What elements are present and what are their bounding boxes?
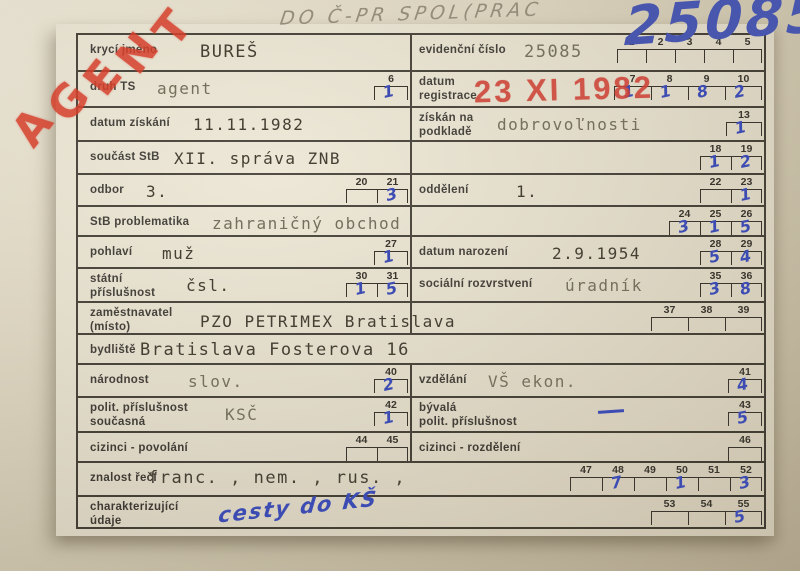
- code-box: 285: [700, 238, 731, 265]
- code-box-13: 131: [726, 109, 762, 136]
- bydliste-value: Bratislava Fosterova 16: [140, 340, 410, 360]
- code-box: 192: [731, 143, 762, 170]
- code-box: 265: [731, 208, 762, 235]
- code-boxes-18-19: 181192: [700, 143, 762, 170]
- row-druh-ts: druh TS agent 61 datumregistrace 23 XI 1…: [78, 72, 764, 108]
- code-box: 22: [700, 176, 731, 203]
- code-box: 231: [731, 176, 762, 203]
- ziskan-na-podklade-value: dobrovoľnosti: [497, 115, 642, 134]
- oddeleni-label: oddělení: [419, 184, 469, 198]
- scanned-registration-card: DO Č-PR SPOL(PRAC 25085 AGENT krycí jmén…: [0, 0, 800, 571]
- cell-codes-37-39: 373839: [410, 303, 764, 333]
- row-datum-ziskani: datum získání 11.11.1982 získán napodkla…: [78, 108, 764, 142]
- code-box: 54: [688, 498, 725, 525]
- code-boxes-53-55: 5354555: [651, 498, 762, 525]
- cell-byvala-polit-prislusnost: bývalápolit. příslušnost 435: [410, 398, 764, 431]
- row-prislusnost-rozvrstveni: státnípříslušnost čsl. 301315 sociální r…: [78, 269, 764, 303]
- evidencni-cislo-value: 25085: [524, 42, 583, 62]
- zamestnavatel-label: zaměstnavatel(místo): [90, 307, 173, 335]
- cell-datum-narozeni: datum narození 2.9.1954 285294: [410, 237, 764, 267]
- vzdelani-label: vzdělání: [419, 374, 467, 388]
- cell-pohlavi: pohlaví muž 271: [78, 237, 410, 267]
- cell-codes-18-19: 181192: [410, 142, 764, 173]
- code-boxes-47-52: 474874950151523: [570, 464, 762, 491]
- code-box: 49: [634, 464, 666, 491]
- code-box: 315: [377, 270, 408, 297]
- row-zamestnavatel: zaměstnavatel(místo) PZO PETRIMEX Bratis…: [78, 303, 764, 335]
- socialni-rozvrstveni-label: sociální rozvrstvení: [419, 278, 532, 292]
- soucast-stb-value: XII. správa ZNB: [174, 149, 341, 168]
- druh-ts-value: agent: [157, 79, 213, 98]
- code-box: 45: [377, 434, 408, 461]
- code-box: 51: [698, 464, 730, 491]
- cell-datum-registrace: datumregistrace 23 XI 1982 718198102: [410, 72, 764, 106]
- socialni-rozvrstveni-value: úradník: [565, 276, 643, 295]
- code-box-40: 402: [374, 366, 408, 393]
- code-box: 81: [651, 73, 688, 100]
- code-box: 47: [570, 464, 602, 491]
- cell-vzdelani: vzdělání VŠ ekon. 414: [410, 365, 764, 396]
- cell-codes-24-26: 243251265: [410, 207, 764, 235]
- cell-oddeleni: oddělení 1. 22231: [410, 175, 764, 205]
- datum-ziskani-value: 11.11.1982: [193, 115, 304, 134]
- code-box: 301: [346, 270, 377, 297]
- narodnost-value: slov.: [188, 372, 244, 391]
- cell-statni-prislusnost: státnípříslušnost čsl. 301315: [78, 269, 410, 301]
- soucast-stb-label: součást StB: [90, 151, 160, 165]
- code-box: 44: [346, 434, 377, 461]
- pohlavi-value: muž: [162, 244, 195, 263]
- code-box: 39: [725, 304, 762, 331]
- row-cizinci: cizinci - povolání 4445 cizinci - rozděl…: [78, 433, 764, 463]
- code-box: 102: [725, 73, 762, 100]
- code-boxes-28-29: 285294: [700, 238, 762, 265]
- code-box: 523: [730, 464, 762, 491]
- code-box: 421: [374, 399, 408, 426]
- cell-socialni-rozvrstveni: sociální rozvrstvení úradník 353368: [410, 269, 764, 301]
- code-boxes-35-36: 353368: [700, 270, 762, 297]
- code-box: 414: [728, 366, 762, 393]
- byvala-polit-prislusnost-dash: [598, 409, 624, 414]
- datum-narozeni-value: 2.9.1954: [552, 244, 641, 263]
- znalost-reci-value: franc. , nem. , rus. ,: [148, 468, 406, 488]
- row-znalost-reci: znalost řečí franc. , nem. , rus. , 4748…: [78, 463, 764, 497]
- row-charakterizujici-udaje: charakterizujícíúdaje cesty do KŠ 535455…: [78, 497, 764, 531]
- cell-stb-problematika: StB problematika zahraničný obchod: [78, 207, 410, 235]
- narodnost-label: národnost: [90, 374, 149, 388]
- registration-date-stamp: 23 XI 1982: [474, 70, 655, 111]
- code-box: 555: [725, 498, 762, 525]
- row-polit-prislusnost: polit. příslušnostsoučasná KSČ 421 býval…: [78, 398, 764, 433]
- kryci-jmeno-value: BUREŠ: [200, 42, 259, 62]
- code-box: 501: [666, 464, 698, 491]
- form-frame: krycí jméno BUREŠ evidenční číslo 25085 …: [76, 33, 766, 529]
- stb-problematika-label: StB problematika: [90, 216, 189, 230]
- polit-prislusnost-soucasna-value: KSČ: [225, 405, 258, 424]
- code-boxes-44-45: 4445: [346, 434, 408, 461]
- cell-narodnost: národnost slov. 402: [78, 365, 410, 396]
- byvala-polit-prislusnost-label: bývalápolit. příslušnost: [419, 402, 517, 430]
- bydliste-label: bydliště: [90, 344, 136, 358]
- znalost-reci-label: znalost řečí: [90, 472, 157, 486]
- datum-registrace-label: datumregistrace: [419, 76, 477, 104]
- code-box: 181: [700, 143, 731, 170]
- code-box-27: 271: [374, 238, 408, 265]
- code-boxes-22-23: 22231: [700, 176, 762, 203]
- vzdelani-value: VŠ ekon.: [488, 372, 577, 391]
- code-box: 20: [346, 176, 377, 203]
- statni-prislusnost-value: čsl.: [186, 276, 231, 295]
- statni-prislusnost-label: státnípříslušnost: [90, 273, 155, 301]
- code-box: 402: [374, 366, 408, 393]
- row-narodnost-vzdelani: národnost slov. 402 vzdělání VŠ ekon. 41…: [78, 365, 764, 398]
- evidencni-cislo-label: evidenční číslo: [419, 44, 506, 58]
- code-box-6: 61: [374, 73, 408, 100]
- ziskan-na-podklade-label: získán napodkladě: [419, 112, 473, 140]
- pohlavi-label: pohlaví: [90, 246, 132, 260]
- datum-narozeni-label: datum narození: [419, 246, 508, 260]
- zamestnavatel-value: PZO PETRIMEX Bratislava: [200, 312, 456, 331]
- code-box-42: 421: [374, 399, 408, 426]
- code-box: 37: [651, 304, 688, 331]
- code-box: 353: [700, 270, 731, 297]
- code-box: 294: [731, 238, 762, 265]
- polit-prislusnost-soucasna-label: polit. příslušnostsoučasná: [90, 402, 188, 430]
- code-box: 243: [669, 208, 700, 235]
- cizinci-povolani-label: cizinci - povolání: [90, 442, 188, 456]
- code-boxes-24-26: 243251265: [669, 208, 762, 235]
- code-box: 487: [602, 464, 634, 491]
- cizinci-rozdeleni-label: cizinci - rozdělení: [419, 442, 521, 456]
- code-box: 61: [374, 73, 408, 100]
- code-boxes-37-39: 373839: [651, 304, 762, 331]
- row-odbor-oddeleni: odbor 3. 20213 oddělení 1. 22231: [78, 175, 764, 207]
- code-box: 131: [726, 109, 762, 136]
- odbor-value: 3.: [146, 182, 168, 201]
- cell-cizinci-rozdeleni: cizinci - rozdělení 46: [410, 433, 764, 461]
- cell-ziskan-na-podklade: získán napodkladě dobrovoľnosti 131: [410, 108, 764, 140]
- cell-polit-prislusnost-soucasna: polit. příslušnostsoučasná KSČ 421: [78, 398, 410, 431]
- code-boxes-20-21: 20213: [346, 176, 408, 203]
- code-box: 435: [728, 399, 762, 426]
- code-box-43: 435: [728, 399, 762, 426]
- cell-soucast-stb: součást StB XII. správa ZNB: [78, 142, 410, 173]
- odbor-label: odbor: [90, 184, 124, 198]
- code-box: 368: [731, 270, 762, 297]
- card-paper: krycí jméno BUREŠ evidenční číslo 25085 …: [56, 24, 774, 536]
- cell-odbor: odbor 3. 20213: [78, 175, 410, 205]
- datum-ziskani-label: datum získání: [90, 117, 170, 131]
- row-pohlavi-narozeni: pohlaví muž 271 datum narození 2.9.1954 …: [78, 237, 764, 269]
- cell-cizinci-povolani: cizinci - povolání 4445: [78, 433, 410, 461]
- cell-datum-ziskani: datum získání 11.11.1982: [78, 108, 410, 140]
- row-bydliste: bydliště Bratislava Fosterova 16: [78, 335, 764, 365]
- code-box: 46: [728, 434, 762, 461]
- charakterizujici-udaje-label: charakterizujícíúdaje: [90, 501, 179, 529]
- code-box: 213: [377, 176, 408, 203]
- code-boxes-30-31: 301315: [346, 270, 408, 297]
- code-box-46: 46: [728, 434, 762, 461]
- code-box: 98: [688, 73, 725, 100]
- code-box: 271: [374, 238, 408, 265]
- code-box-41: 414: [728, 366, 762, 393]
- code-box: 38: [688, 304, 725, 331]
- stb-problematika-value: zahraničný obchod: [212, 214, 401, 233]
- oddeleni-value: 1.: [516, 182, 538, 201]
- row-soucast-stb: součást StB XII. správa ZNB 181192: [78, 142, 764, 175]
- code-box: 53: [651, 498, 688, 525]
- row-stb-problematika: StB problematika zahraničný obchod 24325…: [78, 207, 764, 237]
- code-box: 251: [700, 208, 731, 235]
